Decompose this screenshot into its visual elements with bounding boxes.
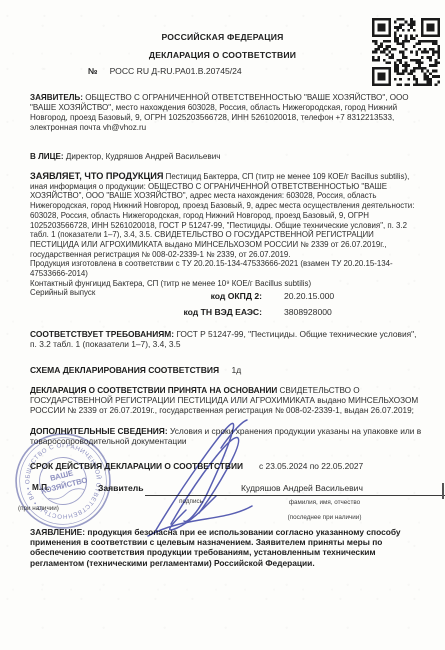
scheme-row: СХЕМА ДЕКЛАРИРОВАНИЯ СООТВЕТСТВИЯ 1д: [30, 366, 422, 376]
applicant-text: ОБЩЕСТВО С ОГРАНИЧЕННОЙ ОТВЕТСТВЕННОСТЬЮ…: [30, 93, 409, 132]
declares-fungicide: Контактный фунгицид Бактера, СП (титр не…: [30, 279, 422, 289]
codes-block: код ОКПД 2: 20.20.15.000 код ТН ВЭД ЕАЭС…: [30, 291, 422, 323]
applicant-paragraph: ЗАЯВИТЕЛЬ: ОБЩЕСТВО С ОГРАНИЧЕННОЙ ОТВЕТ…: [30, 93, 422, 133]
declares-paragraph: ЗАЯВЛЯЕТ, ЧТО ПРОДУКЦИЯ Пестицид Бактерр…: [30, 172, 422, 298]
number-sign: №: [88, 66, 98, 76]
scheme-value: 1д: [231, 365, 241, 375]
applicant-label: ЗАЯВИТЕЛЬ:: [30, 93, 83, 102]
conforms-label: СООТВЕТСТВУЕТ ТРЕБОВАНИЯМ:: [30, 329, 174, 339]
declares-text: Пестицид Бактерра, СП (титр не менее 109…: [30, 172, 414, 259]
number-value: РОСС RU Д-RU.РА01.В.20745/24: [110, 66, 242, 76]
okpd-value: 20.20.15.000: [284, 291, 334, 301]
tnved-label: код ТН ВЭД ЕАЭС:: [30, 307, 262, 317]
person-paragraph: В ЛИЦЕ: Директор, Кудряшов Андрей Василь…: [30, 152, 422, 162]
person-label: В ЛИЦЕ:: [30, 152, 64, 161]
declaration-document: РОССИЙСКАЯ ФЕДЕРАЦИЯ ДЕКЛАРАЦИЯ О СООТВЕ…: [0, 0, 445, 650]
conforms-paragraph: СООТВЕТСТВУЕТ ТРЕБОВАНИЯМ: ГОСТ Р 51247-…: [30, 329, 422, 349]
scheme-label: СХЕМА ДЕКЛАРИРОВАНИЯ СООТВЕТСТВИЯ: [30, 365, 219, 375]
basis-label: ДЕКЛАРАЦИЯ О СООТВЕТСТВИИ ПРИНЯТА НА ОСН…: [30, 386, 277, 395]
country-title: РОССИЙСКАЯ ФЕДЕРАЦИЯ: [0, 32, 445, 42]
declares-label: ЗАЯВЛЯЕТ, ЧТО ПРОДУКЦИЯ: [30, 171, 163, 181]
person-text: Директор, Кудряшов Андрей Васильевич: [66, 152, 221, 161]
okpd-label: код ОКПД 2:: [30, 291, 262, 301]
tnved-value: 3808928000: [284, 307, 332, 317]
handwritten-signature: [126, 408, 276, 543]
scan-artifact: [442, 483, 444, 499]
declaration-number: № РОСС RU Д-RU.РА01.В.20745/24: [88, 66, 242, 76]
tnved-row: код ТН ВЭД ЕАЭС: 3808928000: [30, 307, 422, 317]
declares-made-to: Продукция изготовлена в соответствии с Т…: [30, 259, 422, 278]
okpd-row: код ОКПД 2: 20.20.15.000: [30, 291, 422, 301]
document-title: ДЕКЛАРАЦИЯ О СООТВЕТСТВИИ: [0, 50, 445, 60]
